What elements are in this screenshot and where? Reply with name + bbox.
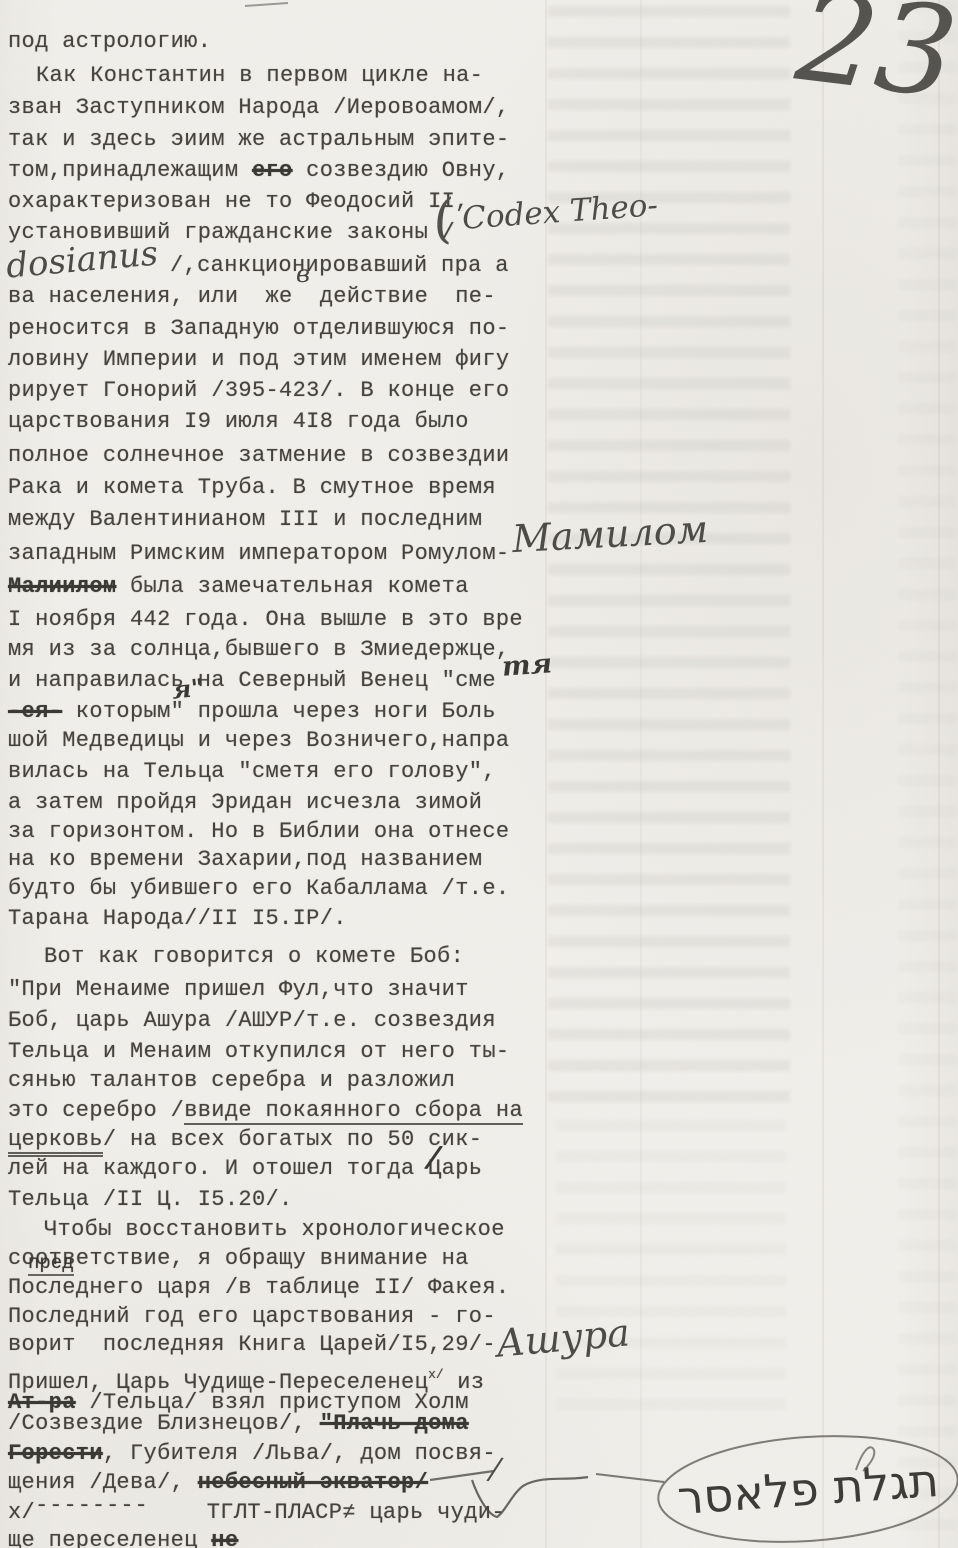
- typed-segment: Последнего царя /в таблице II/ Факея.: [8, 1275, 509, 1300]
- typed-line: Боб, царь Ашура /АШУР/т.е. созвездия: [8, 1007, 496, 1034]
- typed-line: царствования I9 июля 4I8 года было: [8, 408, 469, 435]
- typed-line: /Созвездие Близнецов/, "Плачь дома: [8, 1410, 469, 1437]
- typed-segment: I ноября 442 года. Она вышле в это вре: [8, 607, 523, 632]
- typed-line: лей на каждого. И отошел тогда Царь: [8, 1155, 482, 1182]
- typed-line: под астрологию.: [8, 28, 211, 55]
- typed-line: церковь/ на всех богатых по 50 сик-: [8, 1126, 482, 1153]
- typed-segment: мя из за солнца,бывшего в Змиедержце,: [8, 637, 509, 662]
- typed-segment: ва населения, или же действие пе-: [8, 284, 496, 309]
- scanned-typescript-page: { "page": { "number_label": "23" }, "doc…: [0, 0, 958, 1548]
- typed-segment: /,санкционировавший пра а: [170, 253, 509, 278]
- typed-line: вилась на Тельца "сметя его голову",: [8, 758, 496, 785]
- typed-line: Горести, Губителя /Льва/, дом посвя-: [8, 1440, 496, 1467]
- typed-segment: ловину Империи и под этим именем фигу: [8, 347, 509, 372]
- typed-line: Чтобы восстановить хронологическое: [44, 1216, 505, 1243]
- typed-line: ловину Империи и под этим именем фигу: [8, 346, 509, 373]
- typed-line: Тельца /II Ц. I5.20/.: [8, 1186, 293, 1213]
- typed-line: установивший гражданские законы /: [8, 219, 455, 246]
- typed-segment-s: "Плачь дома: [320, 1411, 469, 1436]
- typed-segment: установивший гражданские законы /: [8, 220, 455, 245]
- typed-segment: западным Римским императором Ромулом-: [8, 541, 509, 566]
- typed-line: Последнего царя /в таблице II/ Факея.: [8, 1274, 509, 1301]
- typed-segment: сянью талантов серебра и разложил: [8, 1068, 455, 1093]
- typed-line: ще переселенец не: [8, 1527, 238, 1548]
- typed-line: "При Менаиме пришел Фул,что значит: [8, 976, 469, 1003]
- typed-line: реносится в Западную отделившуюся по-: [8, 315, 509, 342]
- typed-segment: х/: [8, 1500, 35, 1525]
- typed-segment: / на всех богатых по 50 сик-: [103, 1127, 482, 1152]
- typed-segment: том,принадлежащим: [8, 158, 252, 183]
- typed-segment-s: Малиилом: [8, 574, 116, 599]
- typed-line: х/--------ТГЛТ-ПЛАСР≠ царь чуди-: [8, 1499, 505, 1526]
- typed-segment: Рака и комета Труба. В смутное время: [8, 475, 496, 500]
- typed-segment-s: -ея-: [8, 699, 62, 724]
- typed-segment: между Валентинианом III и последним: [8, 507, 482, 532]
- typed-segment: Тельца /II Ц. I5.20/.: [8, 1187, 293, 1212]
- typed-line: Вот как говорится о комете Боб:: [44, 943, 464, 970]
- typed-line: Последний год его царствования - го-: [8, 1303, 496, 1330]
- typed-segment: лей на каждого. И отошел тогда Царь: [8, 1156, 482, 1181]
- typed-line: так и здесь эиим же астральным эпите-: [8, 126, 509, 153]
- typed-line: Тарана Народа//II I5.IP/.: [8, 905, 347, 932]
- typed-segment: это серебро /: [8, 1098, 184, 1123]
- typed-segment-u2: церковь: [8, 1127, 103, 1157]
- typed-segment: /Созвездие Близнецов/,: [8, 1411, 320, 1436]
- typed-segment: Боб, царь Ашура /АШУР/т.е. созвездия: [8, 1008, 496, 1033]
- typed-segment-s: Горести: [8, 1441, 103, 1466]
- typed-segment-u: ввиде покаянного сбора на: [184, 1098, 523, 1125]
- typed-line: соответствие, я обращу внимание на: [8, 1245, 469, 1272]
- typed-segment: так и здесь эиим же астральным эпите-: [8, 127, 509, 152]
- typed-segment: Последний год его царствования - го-: [8, 1304, 496, 1329]
- typed-segment: рирует Гонорий /395-423/. В конце его: [8, 378, 509, 403]
- typed-segment: царствования I9 июля 4I8 года было: [8, 409, 469, 434]
- typed-segment-s: не: [211, 1528, 238, 1548]
- typed-segment: будто бы убившего его Кабаллама /т.е.: [8, 876, 509, 901]
- typed-segment: ще переселенец: [8, 1528, 211, 1548]
- typed-line: зван Заступником Народа /Иеровоамом/,: [8, 94, 509, 121]
- typed-segment: , Губителя /Льва/, дом посвя-: [103, 1441, 496, 1466]
- typed-segment-s: его: [252, 158, 293, 183]
- typed-segment: "При Менаиме пришел Фул,что значит: [8, 977, 469, 1002]
- typed-line: Как Константин в первом цикле на-: [36, 62, 483, 89]
- typed-segment: за горизонтом. Но в Библии она отнесе: [8, 819, 509, 844]
- typed-segment: реносится в Западную отделившуюся по-: [8, 316, 509, 341]
- typed-line: шой Медведицы и через Возничего,напра: [8, 727, 509, 754]
- typed-segment: Как Константин в первом цикле на-: [36, 63, 483, 88]
- typed-segment: охарактеризован не то Феодосий II,: [8, 189, 469, 214]
- typed-segment: на ко времени Захарии,под названием: [8, 847, 482, 872]
- typed-line: ворит последняя Книга Царей/I5,29/-: [8, 1331, 496, 1358]
- typed-line: щения /Дева/, небесный экватор/: [8, 1469, 428, 1496]
- typed-line: Малиилом была замечательная комета: [8, 573, 469, 600]
- typed-segment-sup: х/: [428, 1367, 444, 1382]
- typed-line: том,принадлежащим его созвездию Овну,: [8, 157, 509, 184]
- typed-segment: шой Медведицы и через Возничего,напра: [8, 728, 509, 753]
- typed-segment-dash: --------: [35, 1493, 149, 1518]
- typed-line: I ноября 442 года. Она вышле в это вре: [8, 606, 523, 633]
- typed-segment-s: небесный экватор/: [198, 1470, 428, 1495]
- typed-line: охарактеризован не то Феодосий II,: [8, 188, 469, 215]
- typed-line: Рака и комета Труба. В смутное время: [8, 474, 496, 501]
- typed-line: это серебро /ввиде покаянного сбора на: [8, 1097, 523, 1124]
- typed-line: /,санкционировавший пра а: [170, 252, 509, 279]
- typed-segment: Чтобы восстановить хронологическое: [44, 1217, 505, 1242]
- typed-line: Тельца и Менаим откупился от него ты-: [8, 1038, 509, 1065]
- typed-segment-gap: ТГЛТ-ПЛАСР≠ царь чуди-: [207, 1500, 505, 1525]
- typed-segment: которым" прошла через ноги Боль: [62, 699, 496, 724]
- typed-line: между Валентинианом III и последним: [8, 506, 482, 533]
- typed-segment: зван Заступником Народа /Иеровоамом/,: [8, 95, 509, 120]
- typed-line: западным Римским императором Ромулом-: [8, 540, 509, 567]
- typed-segment: была замечательная комета: [116, 574, 468, 599]
- typed-line: -ея- которым" прошла через ноги Боль: [8, 698, 496, 725]
- typed-line: а затем пройдя Эридан исчезла зимой: [8, 789, 482, 816]
- typed-text-layer: под астрологию.Как Константин в первом ц…: [0, 0, 958, 1548]
- typed-line: на ко времени Захарии,под названием: [8, 846, 482, 873]
- typed-line: рирует Гонорий /395-423/. В конце его: [8, 377, 509, 404]
- typed-segment: Тельца и Менаим откупился от него ты-: [8, 1039, 509, 1064]
- typed-segment: и направилась на Северный Венец "сме: [8, 668, 496, 693]
- typed-line: ва населения, или же действие пе-: [8, 283, 496, 310]
- typed-segment: Тарана Народа//II I5.IP/.: [8, 906, 347, 931]
- typed-segment: соответствие, я обращу внимание на: [8, 1246, 469, 1271]
- typed-segment: ворит последняя Книга Царей/I5,29/-: [8, 1332, 496, 1357]
- typed-segment: щения /Дева/,: [8, 1470, 198, 1495]
- typed-segment: а затем пройдя Эридан исчезла зимой: [8, 790, 482, 815]
- typed-segment: вилась на Тельца "сметя его голову",: [8, 759, 496, 784]
- typed-segment: под астрологию.: [8, 29, 211, 54]
- typed-line: полное солнечное затмение в созвездии: [8, 442, 509, 469]
- typed-line: за горизонтом. Но в Библии она отнесе: [8, 818, 509, 845]
- typed-segment: Вот как говорится о комете Боб:: [44, 944, 464, 969]
- typed-line: сянью талантов серебра и разложил: [8, 1067, 455, 1094]
- typed-segment: созвездию Овну,: [293, 158, 510, 183]
- typed-line: мя из за солнца,бывшего в Змиедержце,: [8, 636, 509, 663]
- typed-line: будто бы убившего его Кабаллама /т.е.: [8, 875, 509, 902]
- typed-line: и направилась на Северный Венец "сме: [8, 667, 496, 694]
- typed-segment: полное солнечное затмение в созвездии: [8, 443, 509, 468]
